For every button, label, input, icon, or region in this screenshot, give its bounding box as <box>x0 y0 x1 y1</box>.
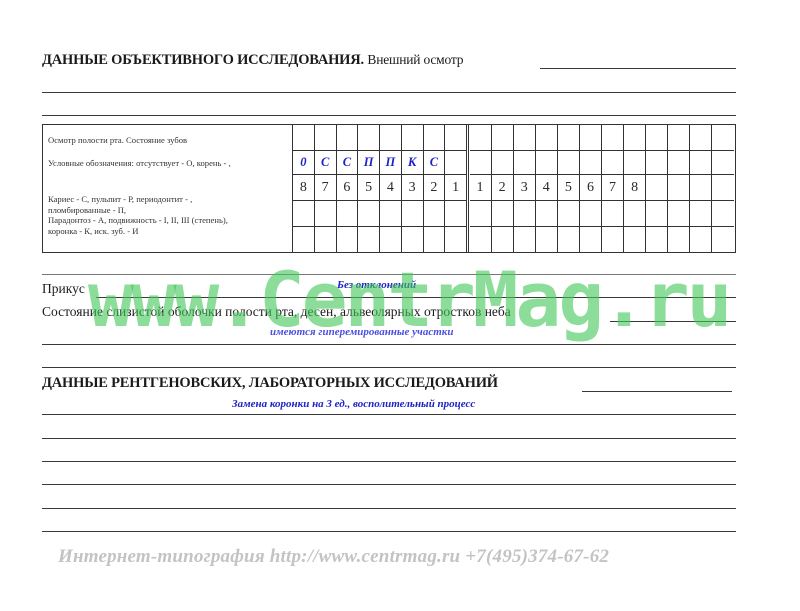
tooth-cell-tooth-numbers-left-1[interactable]: 8 <box>293 175 315 201</box>
tooth-cell-lower-blank-right-5[interactable] <box>558 227 580 252</box>
tooth-cell-upper-blank-right-6[interactable] <box>580 125 602 151</box>
xray-lab-line-3[interactable] <box>42 438 736 439</box>
tooth-cell-lower-codes-right-3[interactable] <box>514 201 536 227</box>
tooth-cell-upper-codes-right-7[interactable] <box>602 151 624 175</box>
mucosa-label: Состояние слизистой оболочки полости рта… <box>42 304 511 320</box>
tooth-cell-tooth-numbers-left-3[interactable]: 6 <box>337 175 359 201</box>
tooth-cell-upper-codes-left-3[interactable]: С <box>337 151 359 175</box>
tooth-cell-upper-codes-right-5[interactable] <box>558 151 580 175</box>
dental-chart: Осмотр полости рта. Состояние зубов Усло… <box>42 124 736 253</box>
tooth-cell-upper-blank-left-6[interactable] <box>402 125 424 151</box>
tooth-cell-lower-codes-right-11[interactable] <box>690 201 712 227</box>
tooth-cell-tooth-numbers-right-8[interactable]: 8 <box>624 175 646 201</box>
tooth-cell-upper-codes-right-9[interactable] <box>646 151 668 175</box>
tooth-cell-upper-codes-right-12[interactable] <box>712 151 734 175</box>
tooth-cell-lower-blank-left-8[interactable] <box>445 227 467 252</box>
xray-lab-line-5[interactable] <box>42 484 736 485</box>
tooth-cell-upper-codes-left-2[interactable]: С <box>315 151 337 175</box>
tooth-cell-lower-codes-left-4[interactable] <box>358 201 380 227</box>
tooth-cell-tooth-numbers-right-6[interactable]: 6 <box>580 175 602 201</box>
xray-lab-heading: ДАННЫЕ РЕНТГЕНОВСКИХ, ЛАБОРАТОРНЫХ ИССЛЕ… <box>42 375 498 392</box>
external-exam-line-3[interactable] <box>42 115 736 116</box>
tooth-cell-upper-codes-left-1[interactable]: 0 <box>293 151 315 175</box>
legend-symbols-line: Условные обозначения: отсутствует - О, к… <box>48 158 231 169</box>
tooth-cell-tooth-numbers-left-4[interactable]: 5 <box>358 175 380 201</box>
tooth-cell-lower-codes-right-4[interactable] <box>536 201 558 227</box>
tooth-cell-tooth-numbers-right-4[interactable]: 4 <box>536 175 558 201</box>
tooth-cell-lower-blank-right-10[interactable] <box>668 227 690 252</box>
tooth-cell-upper-blank-right-3[interactable] <box>514 125 536 151</box>
xray-lab-line-7[interactable] <box>42 531 736 532</box>
tooth-cell-lower-blank-right-2[interactable] <box>492 227 514 252</box>
tooth-cell-tooth-numbers-right-10[interactable] <box>668 175 690 201</box>
xray-lab-line-4[interactable] <box>42 461 736 462</box>
tooth-cell-upper-blank-right-12[interactable] <box>712 125 734 151</box>
tooth-cell-tooth-numbers-right-3[interactable]: 3 <box>514 175 536 201</box>
tooth-cell-lower-blank-right-8[interactable] <box>624 227 646 252</box>
tooth-cell-upper-blank-right-11[interactable] <box>690 125 712 151</box>
tooth-cell-lower-codes-left-5[interactable] <box>380 201 402 227</box>
tooth-cell-upper-blank-left-4[interactable] <box>358 125 380 151</box>
tooth-cell-tooth-numbers-right-7[interactable]: 7 <box>602 175 624 201</box>
tooth-cell-lower-codes-right-6[interactable] <box>580 201 602 227</box>
tooth-cell-upper-codes-right-3[interactable] <box>514 151 536 175</box>
tooth-cell-lower-blank-right-11[interactable] <box>690 227 712 252</box>
tooth-cell-lower-blank-left-2[interactable] <box>315 227 337 252</box>
tooth-cell-upper-codes-left-8[interactable] <box>445 151 467 175</box>
tooth-cell-lower-codes-left-1[interactable] <box>293 201 315 227</box>
tooth-cell-lower-codes-right-9[interactable] <box>646 201 668 227</box>
separator-line <box>42 274 736 275</box>
jaw-midline-divider <box>468 125 469 252</box>
objective-exam-heading: ДАННЫЕ ОБЪЕКТИВНОГО ИССЛЕДОВАНИЯ. Внешни… <box>42 52 463 69</box>
tooth-cell-lower-blank-right-4[interactable] <box>536 227 558 252</box>
tooth-cell-upper-codes-right-8[interactable] <box>624 151 646 175</box>
tooth-cell-lower-blank-right-7[interactable] <box>602 227 624 252</box>
tooth-cell-upper-blank-right-9[interactable] <box>646 125 668 151</box>
bite-value[interactable]: Без отклонений <box>337 279 416 291</box>
tooth-cell-upper-codes-right-1[interactable] <box>470 151 492 175</box>
bite-field[interactable] <box>96 297 736 298</box>
legend-details: Кариес - С, пульпит - Р, периодонтит - ,… <box>48 194 288 236</box>
tooth-cell-lower-blank-left-1[interactable] <box>293 227 315 252</box>
tooth-cell-lower-codes-right-5[interactable] <box>558 201 580 227</box>
tooth-cell-upper-codes-left-4[interactable]: П <box>358 151 380 175</box>
xray-lab-field[interactable] <box>582 391 732 392</box>
tooth-cell-upper-blank-left-5[interactable] <box>380 125 402 151</box>
tooth-cell-upper-codes-right-2[interactable] <box>492 151 514 175</box>
tooth-cell-upper-blank-right-10[interactable] <box>668 125 690 151</box>
tooth-cell-lower-blank-left-6[interactable] <box>402 227 424 252</box>
tooth-cell-upper-codes-left-7[interactable]: С <box>424 151 446 175</box>
tooth-cell-tooth-numbers-left-8[interactable]: 1 <box>445 175 467 201</box>
tooth-cell-lower-codes-right-2[interactable] <box>492 201 514 227</box>
tooth-cell-tooth-numbers-left-6[interactable]: 3 <box>402 175 424 201</box>
tooth-cell-tooth-numbers-left-2[interactable]: 7 <box>315 175 337 201</box>
tooth-cell-lower-blank-left-7[interactable] <box>424 227 446 252</box>
dental-chart-legend: Осмотр полости рта. Состояние зубов Усло… <box>43 125 293 252</box>
tooth-cell-lower-codes-right-12[interactable] <box>712 201 734 227</box>
legend-title: Осмотр полости рта. Состояние зубов <box>48 135 187 146</box>
tooth-cell-lower-codes-right-7[interactable] <box>602 201 624 227</box>
tooth-cell-upper-blank-left-8[interactable] <box>445 125 467 151</box>
tooth-cell-tooth-numbers-right-1[interactable]: 1 <box>470 175 492 201</box>
tooth-cell-tooth-numbers-left-5[interactable]: 4 <box>380 175 402 201</box>
tooth-cell-lower-codes-left-7[interactable] <box>424 201 446 227</box>
tooth-cell-lower-blank-right-1[interactable] <box>470 227 492 252</box>
tooth-cell-lower-codes-right-10[interactable] <box>668 201 690 227</box>
tooth-cell-tooth-numbers-right-9[interactable] <box>646 175 668 201</box>
external-exam-line-2[interactable] <box>42 92 736 93</box>
tooth-cell-tooth-numbers-right-5[interactable]: 5 <box>558 175 580 201</box>
tooth-cell-tooth-numbers-right-2[interactable]: 2 <box>492 175 514 201</box>
xray-lab-line-6[interactable] <box>42 508 736 509</box>
mucosa-line-2[interactable] <box>42 344 736 345</box>
objective-exam-title: ДАННЫЕ ОБЪЕКТИВНОГО ИССЛЕДОВАНИЯ. <box>42 52 364 68</box>
tooth-cell-lower-blank-right-9[interactable] <box>646 227 668 252</box>
mucosa-field[interactable] <box>610 321 736 322</box>
tooth-cell-lower-codes-right-1[interactable] <box>470 201 492 227</box>
footer-printer-info: Интернет-типография http://www.centrmag.… <box>58 546 609 568</box>
tooth-cell-upper-blank-left-2[interactable] <box>315 125 337 151</box>
tooth-cell-upper-blank-right-1[interactable] <box>470 125 492 151</box>
tooth-cell-lower-codes-left-2[interactable] <box>315 201 337 227</box>
tooth-cell-upper-blank-left-1[interactable] <box>293 125 315 151</box>
tooth-cell-upper-codes-right-4[interactable] <box>536 151 558 175</box>
external-exam-field[interactable] <box>540 68 736 69</box>
tooth-cell-lower-codes-left-8[interactable] <box>445 201 467 227</box>
tooth-cell-tooth-numbers-right-11[interactable] <box>690 175 712 201</box>
external-exam-label: Внешний осмотр <box>367 52 463 67</box>
tooth-cell-lower-blank-right-3[interactable] <box>514 227 536 252</box>
tooth-cell-upper-codes-left-5[interactable]: П <box>380 151 402 175</box>
tooth-cell-upper-blank-left-7[interactable] <box>424 125 446 151</box>
tooth-cell-upper-blank-right-2[interactable] <box>492 125 514 151</box>
tooth-cell-upper-codes-right-11[interactable] <box>690 151 712 175</box>
tooth-cell-lower-blank-left-3[interactable] <box>337 227 359 252</box>
tooth-cell-lower-codes-right-8[interactable] <box>624 201 646 227</box>
tooth-cell-tooth-numbers-right-12[interactable] <box>712 175 734 201</box>
tooth-cell-lower-blank-left-5[interactable] <box>380 227 402 252</box>
mucosa-line-3[interactable] <box>42 367 736 368</box>
tooth-cell-lower-codes-left-6[interactable] <box>402 201 424 227</box>
tooth-cell-upper-blank-right-8[interactable] <box>624 125 646 151</box>
tooth-cell-upper-codes-left-6[interactable]: К <box>402 151 424 175</box>
tooth-cell-upper-blank-right-7[interactable] <box>602 125 624 151</box>
bite-label: Прикус <box>42 281 85 297</box>
tooth-cell-lower-codes-left-3[interactable] <box>337 201 359 227</box>
tooth-cell-upper-blank-right-4[interactable] <box>536 125 558 151</box>
tooth-cell-lower-blank-right-12[interactable] <box>712 227 734 252</box>
mucosa-value[interactable]: имеются гиперемированные участки <box>270 326 453 338</box>
tooth-cell-tooth-numbers-left-7[interactable]: 2 <box>424 175 446 201</box>
xray-lab-line-2[interactable] <box>42 414 736 415</box>
tooth-cell-lower-blank-right-6[interactable] <box>580 227 602 252</box>
tooth-grid: 0ССППКС8765432112345678 <box>293 125 735 252</box>
tooth-cell-upper-blank-left-3[interactable] <box>337 125 359 151</box>
xray-lab-value[interactable]: Замена коронки на 3 ед., восполительный … <box>232 398 475 410</box>
tooth-cell-upper-codes-right-10[interactable] <box>668 151 690 175</box>
tooth-cell-lower-blank-left-4[interactable] <box>358 227 380 252</box>
tooth-cell-upper-blank-right-5[interactable] <box>558 125 580 151</box>
tooth-cell-upper-codes-right-6[interactable] <box>580 151 602 175</box>
